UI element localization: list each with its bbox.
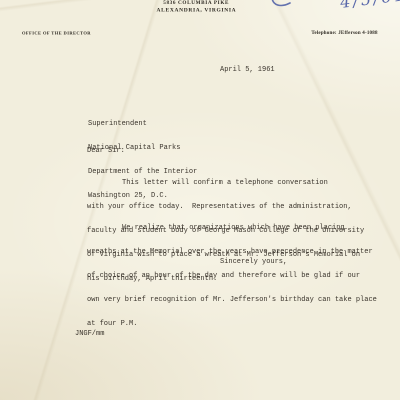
telephone-line: Telephone: JEfferson 4-1088	[312, 30, 378, 36]
letter-date: April 5, 1961	[220, 66, 275, 74]
complimentary-close: Sincerely yours,	[220, 258, 287, 266]
letter-document: 5836 COLUMBIA PIKE ALEXANDRIA, VIRGINIA …	[0, 0, 400, 400]
body-line: at four P.M.	[87, 320, 377, 328]
recipient-line: Superintendent	[88, 120, 197, 128]
body-line: of choice of an hour of the day and ther…	[87, 272, 377, 280]
handwritten-date: 4/5/61	[339, 0, 400, 12]
typist-initials: JNGF/mm	[75, 330, 104, 338]
body-line: own very brief recognition of Mr. Jeffer…	[87, 296, 377, 304]
handwritten-mark	[269, 0, 295, 10]
office-of-director-line: OFFICE OF THE DIRECTOR	[22, 31, 91, 36]
paragraph-2: We realize that organizations which have…	[87, 208, 377, 344]
body-line: wreaths at the Memorial over the years h…	[87, 248, 377, 256]
body-line: This letter will confirm a telephone con…	[87, 179, 364, 187]
body-line: We realize that organizations which have…	[87, 224, 377, 232]
salutation: Dear Sir:	[87, 147, 125, 155]
